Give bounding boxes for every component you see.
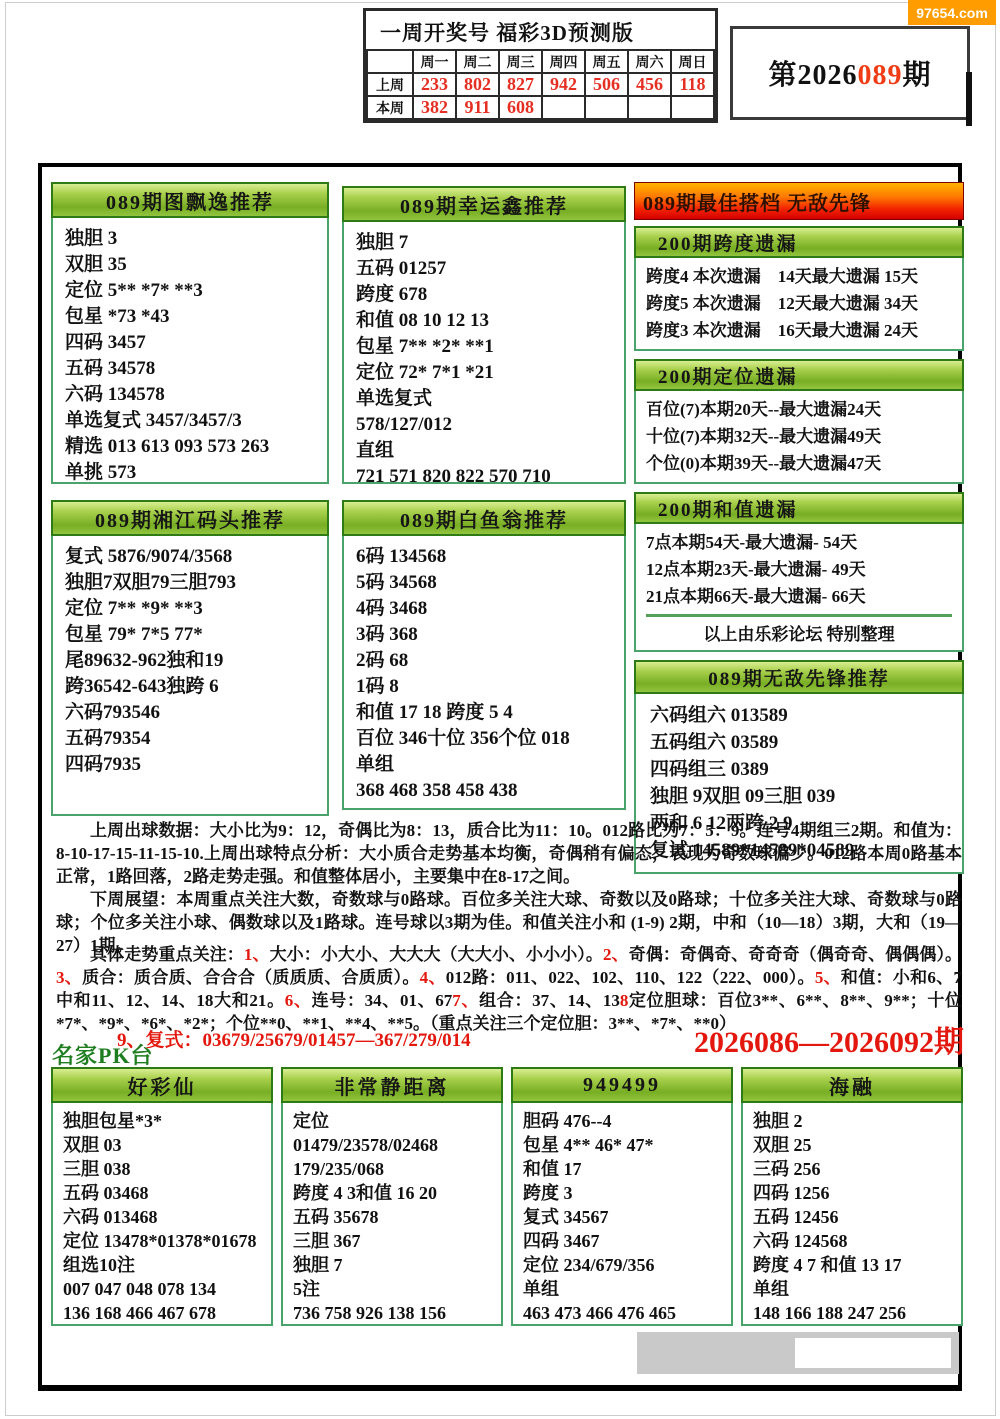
position-omission-body: 百位(7)本期20天--最大遗漏24天十位(7)本期32天--最大遗漏49天个位… bbox=[634, 391, 964, 484]
table-row-lastweek: 上周 233802827942506456118 bbox=[367, 73, 714, 96]
prediction-line: 组选10注 bbox=[63, 1253, 261, 1277]
day-header-cell: 周六 bbox=[628, 50, 671, 73]
focus-segment: 质合：质合质、合合合（质质质、合质质）。 bbox=[82, 968, 420, 987]
day-header-cell: 周日 bbox=[671, 50, 714, 73]
prediction-line: 007 047 048 078 134 bbox=[63, 1277, 261, 1301]
result-cell: 942 bbox=[542, 73, 585, 96]
prediction-line: 179/235/068 bbox=[293, 1157, 491, 1181]
prediction-line: 独胆包星*3* bbox=[63, 1109, 261, 1133]
prediction-line: 单选复式 3457/3457/3 bbox=[65, 408, 315, 434]
pk-box-haocaixian-title: 好彩仙 bbox=[51, 1067, 273, 1103]
prediction-line: 百位 346十位 356个位 018 bbox=[356, 726, 612, 752]
result-cell: 911 bbox=[456, 96, 499, 119]
footer-gray-bar bbox=[637, 1332, 959, 1374]
prediction-line: 定位 72* 7*1 *21 bbox=[356, 360, 612, 386]
issue-suffix: 期 bbox=[903, 60, 932, 91]
prediction-line: 独胆 9双胆 09三胆 039 bbox=[650, 783, 948, 810]
box-baiyuweng-title: 089期白鱼翁推荐 bbox=[342, 500, 626, 536]
prediction-line: 463 473 466 476 465 bbox=[523, 1301, 721, 1325]
box-piaoyi: 089期图飘逸推荐 独胆 3双胆 35定位 5** *7* **3包星 *73 … bbox=[51, 182, 329, 484]
result-cell bbox=[585, 96, 628, 119]
prediction-line: 四码7935 bbox=[65, 752, 315, 778]
omission-line: 跨度5 本次遗漏 12天最大遗漏 34天 bbox=[646, 290, 952, 317]
prediction-line: 五码79354 bbox=[65, 726, 315, 752]
pk-box-haocaixian: 好彩仙 独胆包星*3*双胆 03三胆 038五码 03468六码 013468定… bbox=[51, 1067, 273, 1326]
focus-segment: 6、 bbox=[285, 991, 312, 1010]
prediction-line: 单组 bbox=[523, 1277, 721, 1301]
box-baiyuweng-body: 6码 1345685码 345684码 34683码 3682码 681码 8和… bbox=[342, 536, 626, 810]
omission-line: 21点本期66天-最大遗漏- 66天 bbox=[646, 583, 952, 610]
omission-line: 跨度3 本次遗漏 16天最大遗漏 24天 bbox=[646, 317, 952, 344]
prediction-line: 胆码 476--4 bbox=[523, 1109, 721, 1133]
box-piaoyi-title: 089期图飘逸推荐 bbox=[51, 182, 329, 218]
prediction-line: 和值 17 bbox=[523, 1157, 721, 1181]
focus-segment: 连号：34、01、67 bbox=[312, 991, 453, 1010]
focus-segment: 具体走势重点关注： bbox=[90, 945, 244, 964]
box-xingyunxin: 089期幸运鑫推荐 独胆 7五码 01257跨度 678和值 08 10 12 … bbox=[342, 186, 626, 484]
focus-segment: 组合：37、14、13 bbox=[479, 991, 620, 1010]
prediction-line: 148 166 188 247 256 bbox=[753, 1301, 951, 1325]
omission-line: 7点本期54天-最大遗漏- 54天 bbox=[646, 529, 952, 556]
focus-segment: 大小：小大小、大大大（大大小、小小小）。 bbox=[270, 945, 603, 964]
sum-omission-title: 200期和值遗漏 bbox=[634, 492, 964, 524]
prediction-line: 736 758 926 138 156 bbox=[293, 1301, 491, 1325]
prediction-line: 双胆 03 bbox=[63, 1133, 261, 1157]
prediction-line: 独胆 3 bbox=[65, 226, 315, 252]
pk-box-feichang-body: 定位01479/23578/02468179/235/068跨度 4 3和值 1… bbox=[281, 1103, 503, 1326]
prediction-line: 721 571 820 822 570 710 bbox=[356, 464, 612, 490]
result-cell: 118 bbox=[671, 73, 714, 96]
result-cell: 233 bbox=[413, 73, 456, 96]
prediction-line: 四码组三 0389 bbox=[650, 756, 948, 783]
focus-segment: 4、 bbox=[420, 968, 446, 987]
sum-omission-section: 200期和值遗漏 7点本期54天-最大遗漏- 54天12点本期23天-最大遗漏-… bbox=[634, 492, 964, 652]
prediction-line: 578/127/012 bbox=[356, 412, 612, 438]
focus-segment: 2、 bbox=[603, 945, 629, 964]
prediction-line: 独胆 7 bbox=[293, 1253, 491, 1277]
pk-section-title: 名家PK台 bbox=[52, 1039, 154, 1070]
prediction-line: 六码 134578 bbox=[65, 382, 315, 408]
focus-segment: 1、 bbox=[244, 945, 270, 964]
result-cell bbox=[542, 96, 585, 119]
prediction-line: 定位 13478*01378*01678 bbox=[63, 1229, 261, 1253]
pk-box-hairong-body: 独胆 2双胆 25三码 256四码 1256五码 12456六码 124568跨… bbox=[741, 1103, 963, 1326]
prediction-line: 三胆 038 bbox=[63, 1157, 261, 1181]
prediction-line: 四码 3457 bbox=[65, 330, 315, 356]
focus-segment: 3、 bbox=[56, 968, 82, 987]
day-header-cell: 周五 bbox=[585, 50, 628, 73]
result-cell: 608 bbox=[499, 96, 542, 119]
prediction-line: 六码793546 bbox=[65, 700, 315, 726]
omission-source-note: 以上由乐彩论坛 特别整理 bbox=[646, 614, 952, 645]
box-piaoyi-body: 独胆 3双胆 35定位 5** *7* **3包星 *73 *43四码 3457… bbox=[51, 218, 329, 484]
prediction-line: 4码 3468 bbox=[356, 596, 612, 622]
omission-line: 十位(7)本期32天--最大遗漏49天 bbox=[646, 423, 952, 450]
issue-number: 第2026089期 bbox=[768, 53, 931, 93]
day-header-cell: 周一 bbox=[413, 50, 456, 73]
result-cell bbox=[671, 96, 714, 119]
prediction-line: 单组 bbox=[753, 1277, 951, 1301]
focus-segment: 奇偶：奇偶奇、奇奇奇（偶奇奇、偶偶偶）。 bbox=[629, 945, 962, 964]
sum-omission-lines: 7点本期54天-最大遗漏- 54天12点本期23天-最大遗漏- 49天21点本期… bbox=[646, 529, 952, 610]
pk-box-949499-title: 949499 bbox=[511, 1067, 733, 1103]
focus-segment: 012路：011、022、102、110、122（222、000）。 bbox=[446, 968, 815, 987]
prediction-line: 定位 bbox=[293, 1109, 491, 1133]
weekly-results-table: 周一周二周三周四周五周六周日 上周 233802827942506456118 … bbox=[366, 49, 715, 120]
prediction-line: 3码 368 bbox=[356, 622, 612, 648]
prediction-line: 包星 *73 *43 bbox=[65, 304, 315, 330]
box-xingyunxin-title: 089期幸运鑫推荐 bbox=[342, 186, 626, 222]
prediction-line: 复式 34567 bbox=[523, 1205, 721, 1229]
prediction-line: 定位 7** *9* **3 bbox=[65, 596, 315, 622]
wudi-title: 089期无敌先锋推荐 bbox=[634, 660, 964, 694]
result-cell: 506 bbox=[585, 73, 628, 96]
pk-box-hairong: 海融 独胆 2双胆 25三码 256四码 1256五码 12456六码 1245… bbox=[741, 1067, 963, 1326]
sum-omission-body: 7点本期54天-最大遗漏- 54天12点本期23天-最大遗漏- 49天21点本期… bbox=[634, 524, 964, 652]
box-baiyuweng: 089期白鱼翁推荐 6码 1345685码 345684码 34683码 368… bbox=[342, 500, 626, 810]
pk-box-haocaixian-body: 独胆包星*3*双胆 03三胆 038五码 03468六码 013468定位 13… bbox=[51, 1103, 273, 1326]
prediction-line: 五码 35678 bbox=[293, 1205, 491, 1229]
span-omission-title: 200期跨度遗漏 bbox=[634, 226, 964, 258]
prediction-line: 5码 34568 bbox=[356, 570, 612, 596]
row-label: 上周 bbox=[367, 73, 413, 96]
prediction-line: 和值 17 18 跨度 5 4 bbox=[356, 700, 612, 726]
prediction-line: 五码 34578 bbox=[65, 356, 315, 382]
weekly-results-panel: 一周开奖号 福彩3D预测版 周一周二周三周四周五周六周日 上周 23380282… bbox=[363, 8, 718, 123]
day-header-cell: 周二 bbox=[456, 50, 499, 73]
result-cell: 802 bbox=[456, 73, 499, 96]
pk-box-hairong-title: 海融 bbox=[741, 1067, 963, 1103]
prediction-line: 跨度 678 bbox=[356, 282, 612, 308]
day-header-cell: 周四 bbox=[542, 50, 585, 73]
omission-line: 12点本期23天-最大遗漏- 49天 bbox=[646, 556, 952, 583]
span-omission-body: 跨度4 本次遗漏 14天最大遗漏 15天跨度5 本次遗漏 12天最大遗漏 34天… bbox=[634, 258, 964, 351]
box-xiangjiang-title: 089期湘江码头推荐 bbox=[51, 500, 329, 536]
span-omission-section: 200期跨度遗漏 跨度4 本次遗漏 14天最大遗漏 15天跨度5 本次遗漏 12… bbox=[634, 226, 964, 351]
prediction-line: 跨度 4 3和值 16 20 bbox=[293, 1181, 491, 1205]
prediction-line: 包星 4** 46* 47* bbox=[523, 1133, 721, 1157]
row-label: 本周 bbox=[367, 96, 413, 119]
prediction-line: 2码 68 bbox=[356, 648, 612, 674]
position-omission-title: 200期定位遗漏 bbox=[634, 359, 964, 391]
prediction-line: 六码 013468 bbox=[63, 1205, 261, 1229]
prediction-line: 单挑 573 bbox=[65, 460, 315, 486]
box-xiangjiang: 089期湘江码头推荐 复式 5876/9074/3568独胆7双胆79三胆793… bbox=[51, 500, 329, 816]
prediction-line: 跨36542-643独跨 6 bbox=[65, 674, 315, 700]
result-cell: 827 bbox=[499, 73, 542, 96]
right-panel: 089期最佳搭档 无敌先锋 200期跨度遗漏 跨度4 本次遗漏 14天最大遗漏 … bbox=[634, 182, 964, 882]
day-header-row: 周一周二周三周四周五周六周日 bbox=[367, 50, 714, 73]
header-divider-line bbox=[966, 72, 972, 126]
prediction-line: 单组 bbox=[356, 752, 612, 778]
position-omission-section: 200期定位遗漏 百位(7)本期20天--最大遗漏24天十位(7)本期32天--… bbox=[634, 359, 964, 484]
site-badge: 97654.com bbox=[908, 0, 996, 25]
prediction-line: 独胆 7 bbox=[356, 230, 612, 256]
result-cell: 382 bbox=[413, 96, 456, 119]
prediction-line: 跨度 3 bbox=[523, 1181, 721, 1205]
pk-box-949499-body: 胆码 476--4包星 4** 46* 47*和值 17跨度 3复式 34567… bbox=[511, 1103, 733, 1326]
fushi-line: 9、复式：03679/25679/01457—367/279/014 bbox=[117, 1025, 471, 1052]
prediction-line: 1码 8 bbox=[356, 674, 612, 700]
prediction-line: 6码 134568 bbox=[356, 544, 612, 570]
prediction-line: 01479/23578/02468 bbox=[293, 1133, 491, 1157]
pk-box-feichang-title: 非常静距离 bbox=[281, 1067, 503, 1103]
prediction-line: 六码组六 013589 bbox=[650, 702, 948, 729]
prediction-line: 三码 256 bbox=[753, 1157, 951, 1181]
prediction-line: 跨度 4 7 和值 13 17 bbox=[753, 1253, 951, 1277]
prediction-line: 包星 7** *2* **1 bbox=[356, 334, 612, 360]
box-xingyunxin-body: 独胆 7五码 01257跨度 678和值 08 10 12 13包星 7** *… bbox=[342, 222, 626, 484]
prediction-line: 独胆 2 bbox=[753, 1109, 951, 1133]
prediction-line: 独胆7双胆79三胆793 bbox=[65, 570, 315, 596]
prediction-line: 复式 5876/9074/3568 bbox=[65, 544, 315, 570]
omission-line: 个位(0)本期39天--最大遗漏47天 bbox=[646, 450, 952, 477]
prediction-line: 精选 013 613 093 573 263 bbox=[65, 434, 315, 460]
prediction-line: 四码 3467 bbox=[523, 1229, 721, 1253]
prediction-line: 五码组六 03589 bbox=[650, 729, 948, 756]
issue-highlight: 089 bbox=[858, 60, 903, 91]
prediction-line: 136 168 466 467 678 bbox=[63, 1301, 261, 1325]
prediction-line: 包星 79* 7*5 77* bbox=[65, 622, 315, 648]
issue-range: 2026086—2026092期 bbox=[694, 1017, 964, 1061]
prediction-line: 368 468 358 458 438 bbox=[356, 778, 612, 804]
main-content-box: 089期图飘逸推荐 独胆 3双胆 35定位 5** *7* **3包星 *73 … bbox=[38, 163, 962, 1391]
prediction-line: 双胆 25 bbox=[753, 1133, 951, 1157]
prediction-line: 双胆 35 bbox=[65, 252, 315, 278]
result-cell: 456 bbox=[628, 73, 671, 96]
page-title: 一周开奖号 福彩3D预测版 bbox=[366, 11, 715, 49]
result-cell bbox=[628, 96, 671, 119]
prediction-line: 五码 12456 bbox=[753, 1205, 951, 1229]
prediction-line: 定位 234/679/356 bbox=[523, 1253, 721, 1277]
prediction-line: 五码 03468 bbox=[63, 1181, 261, 1205]
pk-box-feichang: 非常静距离 定位01479/23578/02468179/235/068跨度 4… bbox=[281, 1067, 503, 1326]
omission-line: 百位(7)本期20天--最大遗漏24天 bbox=[646, 396, 952, 423]
issue-prefix: 第2026 bbox=[768, 60, 857, 91]
box-xiangjiang-body: 复式 5876/9074/3568独胆7双胆79三胆793定位 7** *9* … bbox=[51, 536, 329, 816]
focus-segment: 7、 bbox=[452, 991, 479, 1010]
prediction-line: 定位 5** *7* **3 bbox=[65, 278, 315, 304]
issue-number-panel: 第2026089期 bbox=[730, 26, 970, 120]
analysis-paragraph-lastweek: 上周出球数据：大小比为9：12，奇偶比为8：13，质合比为11：10。012路比… bbox=[56, 819, 962, 888]
prediction-line: 五码 01257 bbox=[356, 256, 612, 282]
day-header-cell: 周三 bbox=[499, 50, 542, 73]
table-row-thisweek: 本周 382911608 bbox=[367, 96, 714, 119]
pk-box-949499: 949499 胆码 476--4包星 4** 46* 47*和值 17跨度 3复… bbox=[511, 1067, 733, 1326]
prediction-line: 直组 bbox=[356, 438, 612, 464]
prediction-line: 5注 bbox=[293, 1277, 491, 1301]
omission-line: 跨度4 本次遗漏 14天最大遗漏 15天 bbox=[646, 263, 952, 290]
focus-segment: 5、 bbox=[815, 968, 841, 987]
prediction-line: 六码 124568 bbox=[753, 1229, 951, 1253]
prediction-line: 四码 1256 bbox=[753, 1181, 951, 1205]
prediction-line: 单选复式 bbox=[356, 386, 612, 412]
prediction-line: 三胆 367 bbox=[293, 1229, 491, 1253]
footer-white-field bbox=[795, 1338, 951, 1368]
prediction-line: 和值 08 10 12 13 bbox=[356, 308, 612, 334]
prediction-line: 尾89632-962独和19 bbox=[65, 648, 315, 674]
best-partner-banner: 089期最佳搭档 无敌先锋 bbox=[634, 182, 964, 220]
corner-cell bbox=[367, 50, 413, 73]
